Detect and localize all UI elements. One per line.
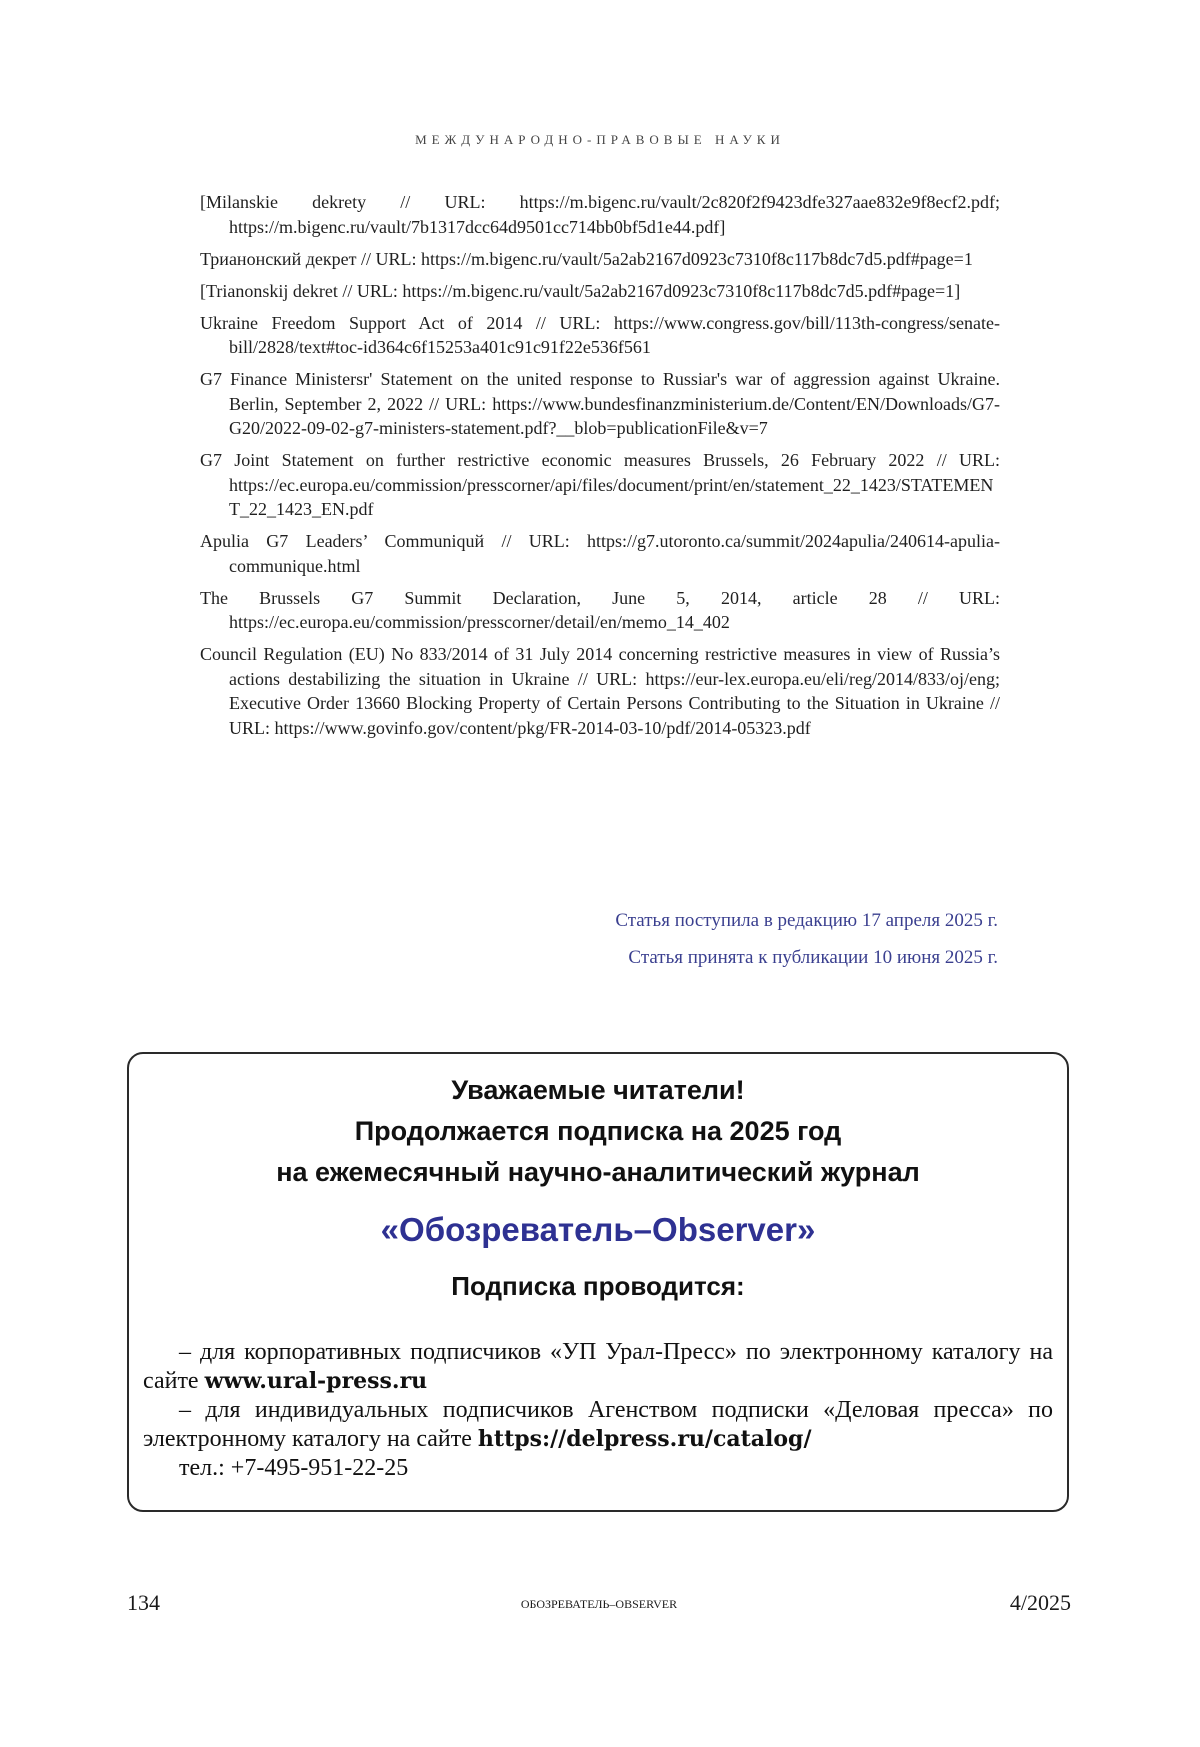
subscription-announcement: Продолжается подписка на 2025 год (129, 1111, 1067, 1152)
subscription-box: Уважаемые читатели! Продолжается подписк… (127, 1052, 1069, 1512)
corporate-subscription: – для корпоративных подписчиков «УП Урал… (143, 1338, 1053, 1396)
reference-item: Трианонский декрет // URL: https://m.big… (200, 247, 1000, 272)
reference-item: [Trianonskij dekret // URL: https://m.bi… (200, 279, 1000, 304)
reference-item: G7 Finance Ministersr' Statement on the … (200, 367, 1000, 441)
page-footer: 134 ОБОЗРЕВАТЕЛЬ–OBSERVER 4/2025 (127, 1590, 1071, 1620)
received-date: Статья поступила в редакцию 17 апреля 20… (615, 910, 998, 932)
journal-title: «Обозреватель–Observer» (129, 1211, 1067, 1249)
individual-subscription: – для индивидуальных подписчиков Агенств… (143, 1396, 1053, 1454)
reference-item: Apulia G7 Leaders’ Communiquй // URL: ht… (200, 529, 1000, 578)
delpress-link[interactable]: https://delpress.ru/catalog/ (478, 1426, 812, 1452)
greeting: Уважаемые читатели! (129, 1070, 1067, 1111)
running-head: МЕЖДУНАРОДНО-ПРАВОВЫЕ НАУКИ (0, 132, 1200, 148)
article-dates: Статья поступила в редакцию 17 апреля 20… (615, 910, 998, 984)
subscription-heading: Уважаемые читатели! Продолжается подписк… (129, 1070, 1067, 1193)
ural-press-link[interactable]: www.ural-press.ru (205, 1368, 428, 1394)
journal-description: на ежемесячный научно-аналитический журн… (129, 1152, 1067, 1193)
subscription-subheading: Подписка проводится: (129, 1271, 1067, 1302)
accepted-date: Статья принята к публикации 10 июня 2025… (615, 947, 998, 969)
reference-item: G7 Joint Statement on further restrictiv… (200, 448, 1000, 522)
subscription-details: – для корпоративных подписчиков «УП Урал… (143, 1338, 1053, 1483)
journal-name: ОБОЗРЕВАТЕЛЬ–OBSERVER (127, 1597, 1071, 1612)
references-list: [Milanskie dekrety // URL: https://m.big… (200, 190, 1000, 748)
issue-number: 4/2025 (1010, 1590, 1071, 1616)
reference-item: Council Regulation (EU) No 833/2014 of 3… (200, 642, 1000, 740)
reference-item: The Brussels G7 Summit Declaration, June… (200, 586, 1000, 635)
phone-number: тел.: +7-495-951-22-25 (143, 1454, 1053, 1483)
reference-item: Ukraine Freedom Support Act of 2014 // U… (200, 311, 1000, 360)
reference-item: [Milanskie dekrety // URL: https://m.big… (200, 190, 1000, 239)
